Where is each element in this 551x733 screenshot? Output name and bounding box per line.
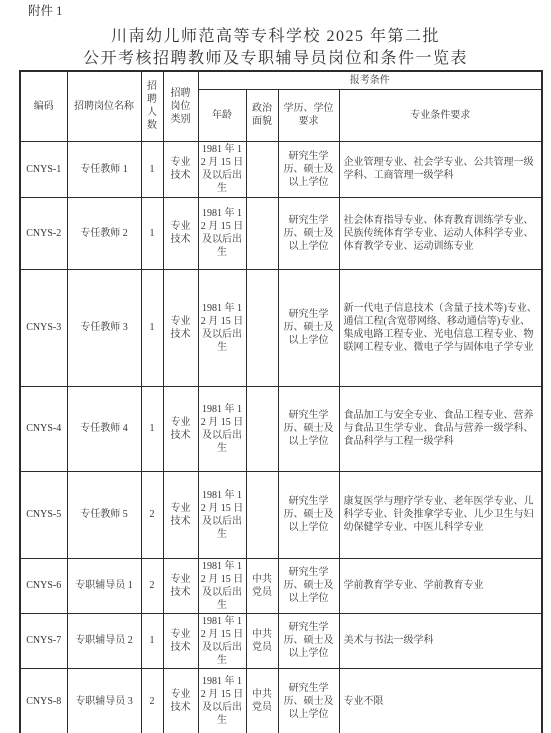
cell-education: 研究生学历、硕士及以上学位	[278, 613, 339, 668]
header-position-name: 招聘岗位名称	[67, 71, 141, 141]
cell-recruit-count: 1	[141, 613, 163, 668]
cell-position-name: 专任教师 3	[67, 269, 141, 386]
cell-education: 研究生学历、硕士及以上学位	[278, 558, 339, 613]
cell-category: 专业技术	[163, 386, 198, 471]
title-line-2: 公开考核招聘教师及专职辅导员岗位和条件一览表	[0, 48, 551, 70]
cell-category: 专业技术	[163, 197, 198, 269]
cell-political	[246, 269, 278, 386]
cell-political: 中共党员	[246, 613, 278, 668]
cell-recruit-count: 1	[141, 269, 163, 386]
cell-age: 1981 年 12 月 15 日及以后出生	[198, 613, 246, 668]
table-row: CNYS-7 专职辅导员 2 1 专业技术 1981 年 12 月 15 日及以…	[20, 613, 542, 668]
cell-recruit-count: 2	[141, 558, 163, 613]
cell-political	[246, 471, 278, 558]
header-row-1: 编码 招聘岗位名称 招聘人数 招聘岗位类别 报考条件	[20, 71, 542, 89]
cell-education: 研究生学历、硕士及以上学位	[278, 386, 339, 471]
header-age: 年龄	[198, 89, 246, 141]
title-line-1: 川南幼儿师范高等专科学校 2025 年第二批	[0, 26, 551, 48]
table-row: CNYS-6 专职辅导员 1 2 专业技术 1981 年 12 月 15 日及以…	[20, 558, 542, 613]
cell-age: 1981 年 12 月 15 日及以后出生	[198, 197, 246, 269]
attachment-label: 附件 1	[28, 3, 62, 19]
cell-code: CNYS-7	[20, 613, 67, 668]
cell-political	[246, 386, 278, 471]
table-row: CNYS-3 专任教师 3 1 专业技术 1981 年 12 月 15 日及以后…	[20, 269, 542, 386]
cell-position-name: 专任教师 2	[67, 197, 141, 269]
cell-age: 1981 年 12 月 15 日及以后出生	[198, 471, 246, 558]
cell-age: 1981 年 12 月 15 日及以后出生	[198, 269, 246, 386]
table-row: CNYS-8 专职辅导员 3 2 专业技术 1981 年 12 月 15 日及以…	[20, 668, 542, 733]
cell-position-name: 专任教师 1	[67, 141, 141, 197]
cell-category: 专业技术	[163, 613, 198, 668]
cell-position-name: 专职辅导员 2	[67, 613, 141, 668]
header-education-degree: 学历、学位要求	[278, 89, 339, 141]
header-position-category: 招聘岗位类别	[163, 71, 198, 141]
document-page: 附件 1 川南幼儿师范高等专科学校 2025 年第二批 公开考核招聘教师及专职辅…	[0, 0, 551, 733]
header-major-requirements: 专业条件要求	[339, 89, 542, 141]
header-recruit-count: 招聘人数	[141, 71, 163, 141]
cell-code: CNYS-3	[20, 269, 67, 386]
cell-category: 专业技术	[163, 141, 198, 197]
header-apply-conditions: 报考条件	[198, 71, 542, 89]
cell-age: 1981 年 12 月 15 日及以后出生	[198, 386, 246, 471]
cell-education: 研究生学历、硕士及以上学位	[278, 471, 339, 558]
cell-category: 专业技术	[163, 269, 198, 386]
cell-education: 研究生学历、硕士及以上学位	[278, 269, 339, 386]
cell-education: 研究生学历、硕士及以上学位	[278, 668, 339, 733]
table-row: CNYS-2 专任教师 2 1 专业技术 1981 年 12 月 15 日及以后…	[20, 197, 542, 269]
cell-political: 中共党员	[246, 668, 278, 733]
cell-major: 食品加工与安全专业、食品工程专业、营养与食品卫生学专业、食品与营养一级学科、食品…	[339, 386, 542, 471]
cell-education: 研究生学历、硕士及以上学位	[278, 141, 339, 197]
cell-major: 社会体育指导专业、体育教育训练学专业、民族传统体育学专业、运动人体科学专业、体育…	[339, 197, 542, 269]
cell-major: 康复医学与理疗学专业、老年医学专业、儿科学专业、针灸推拿学专业、儿少卫生与妇幼保…	[339, 471, 542, 558]
cell-position-name: 专任教师 5	[67, 471, 141, 558]
cell-position-name: 专职辅导员 3	[67, 668, 141, 733]
header-code: 编码	[20, 71, 67, 141]
cell-code: CNYS-1	[20, 141, 67, 197]
cell-recruit-count: 2	[141, 471, 163, 558]
cell-recruit-count: 2	[141, 668, 163, 733]
cell-major: 美术与书法一级学科	[339, 613, 542, 668]
cell-major: 专业不限	[339, 668, 542, 733]
cell-recruit-count: 1	[141, 386, 163, 471]
cell-major: 新一代电子信息技术（含量子技术等)专业、通信工程(含宽带网络、移动通信等)专业、…	[339, 269, 542, 386]
cell-code: CNYS-6	[20, 558, 67, 613]
cell-political	[246, 197, 278, 269]
cell-age: 1981 年 12 月 15 日及以后出生	[198, 668, 246, 733]
cell-code: CNYS-4	[20, 386, 67, 471]
cell-political	[246, 141, 278, 197]
table-row: CNYS-5 专任教师 5 2 专业技术 1981 年 12 月 15 日及以后…	[20, 471, 542, 558]
cell-recruit-count: 1	[141, 141, 163, 197]
cell-code: CNYS-8	[20, 668, 67, 733]
cell-category: 专业技术	[163, 558, 198, 613]
header-political-status: 政治面貌	[246, 89, 278, 141]
cell-position-name: 专任教师 4	[67, 386, 141, 471]
cell-major: 企业管理专业、社会学专业、公共管理一级学科、工商管理一级学科	[339, 141, 542, 197]
cell-code: CNYS-2	[20, 197, 67, 269]
cell-age: 1981 年 12 月 15 日及以后出生	[198, 558, 246, 613]
cell-category: 专业技术	[163, 668, 198, 733]
cell-age: 1981 年 12 月 15 日及以后出生	[198, 141, 246, 197]
cell-code: CNYS-5	[20, 471, 67, 558]
cell-education: 研究生学历、硕士及以上学位	[278, 197, 339, 269]
cell-category: 专业技术	[163, 471, 198, 558]
document-title: 川南幼儿师范高等专科学校 2025 年第二批 公开考核招聘教师及专职辅导员岗位和…	[0, 26, 551, 70]
cell-major: 学前教育学专业、学前教育专业	[339, 558, 542, 613]
table-row: CNYS-4 专任教师 4 1 专业技术 1981 年 12 月 15 日及以后…	[20, 386, 542, 471]
cell-political: 中共党员	[246, 558, 278, 613]
table-row: CNYS-1 专任教师 1 1 专业技术 1981 年 12 月 15 日及以后…	[20, 141, 542, 197]
cell-position-name: 专职辅导员 1	[67, 558, 141, 613]
positions-table: 编码 招聘岗位名称 招聘人数 招聘岗位类别 报考条件 年龄 政治面貌 学历、学位…	[19, 70, 543, 733]
cell-recruit-count: 1	[141, 197, 163, 269]
